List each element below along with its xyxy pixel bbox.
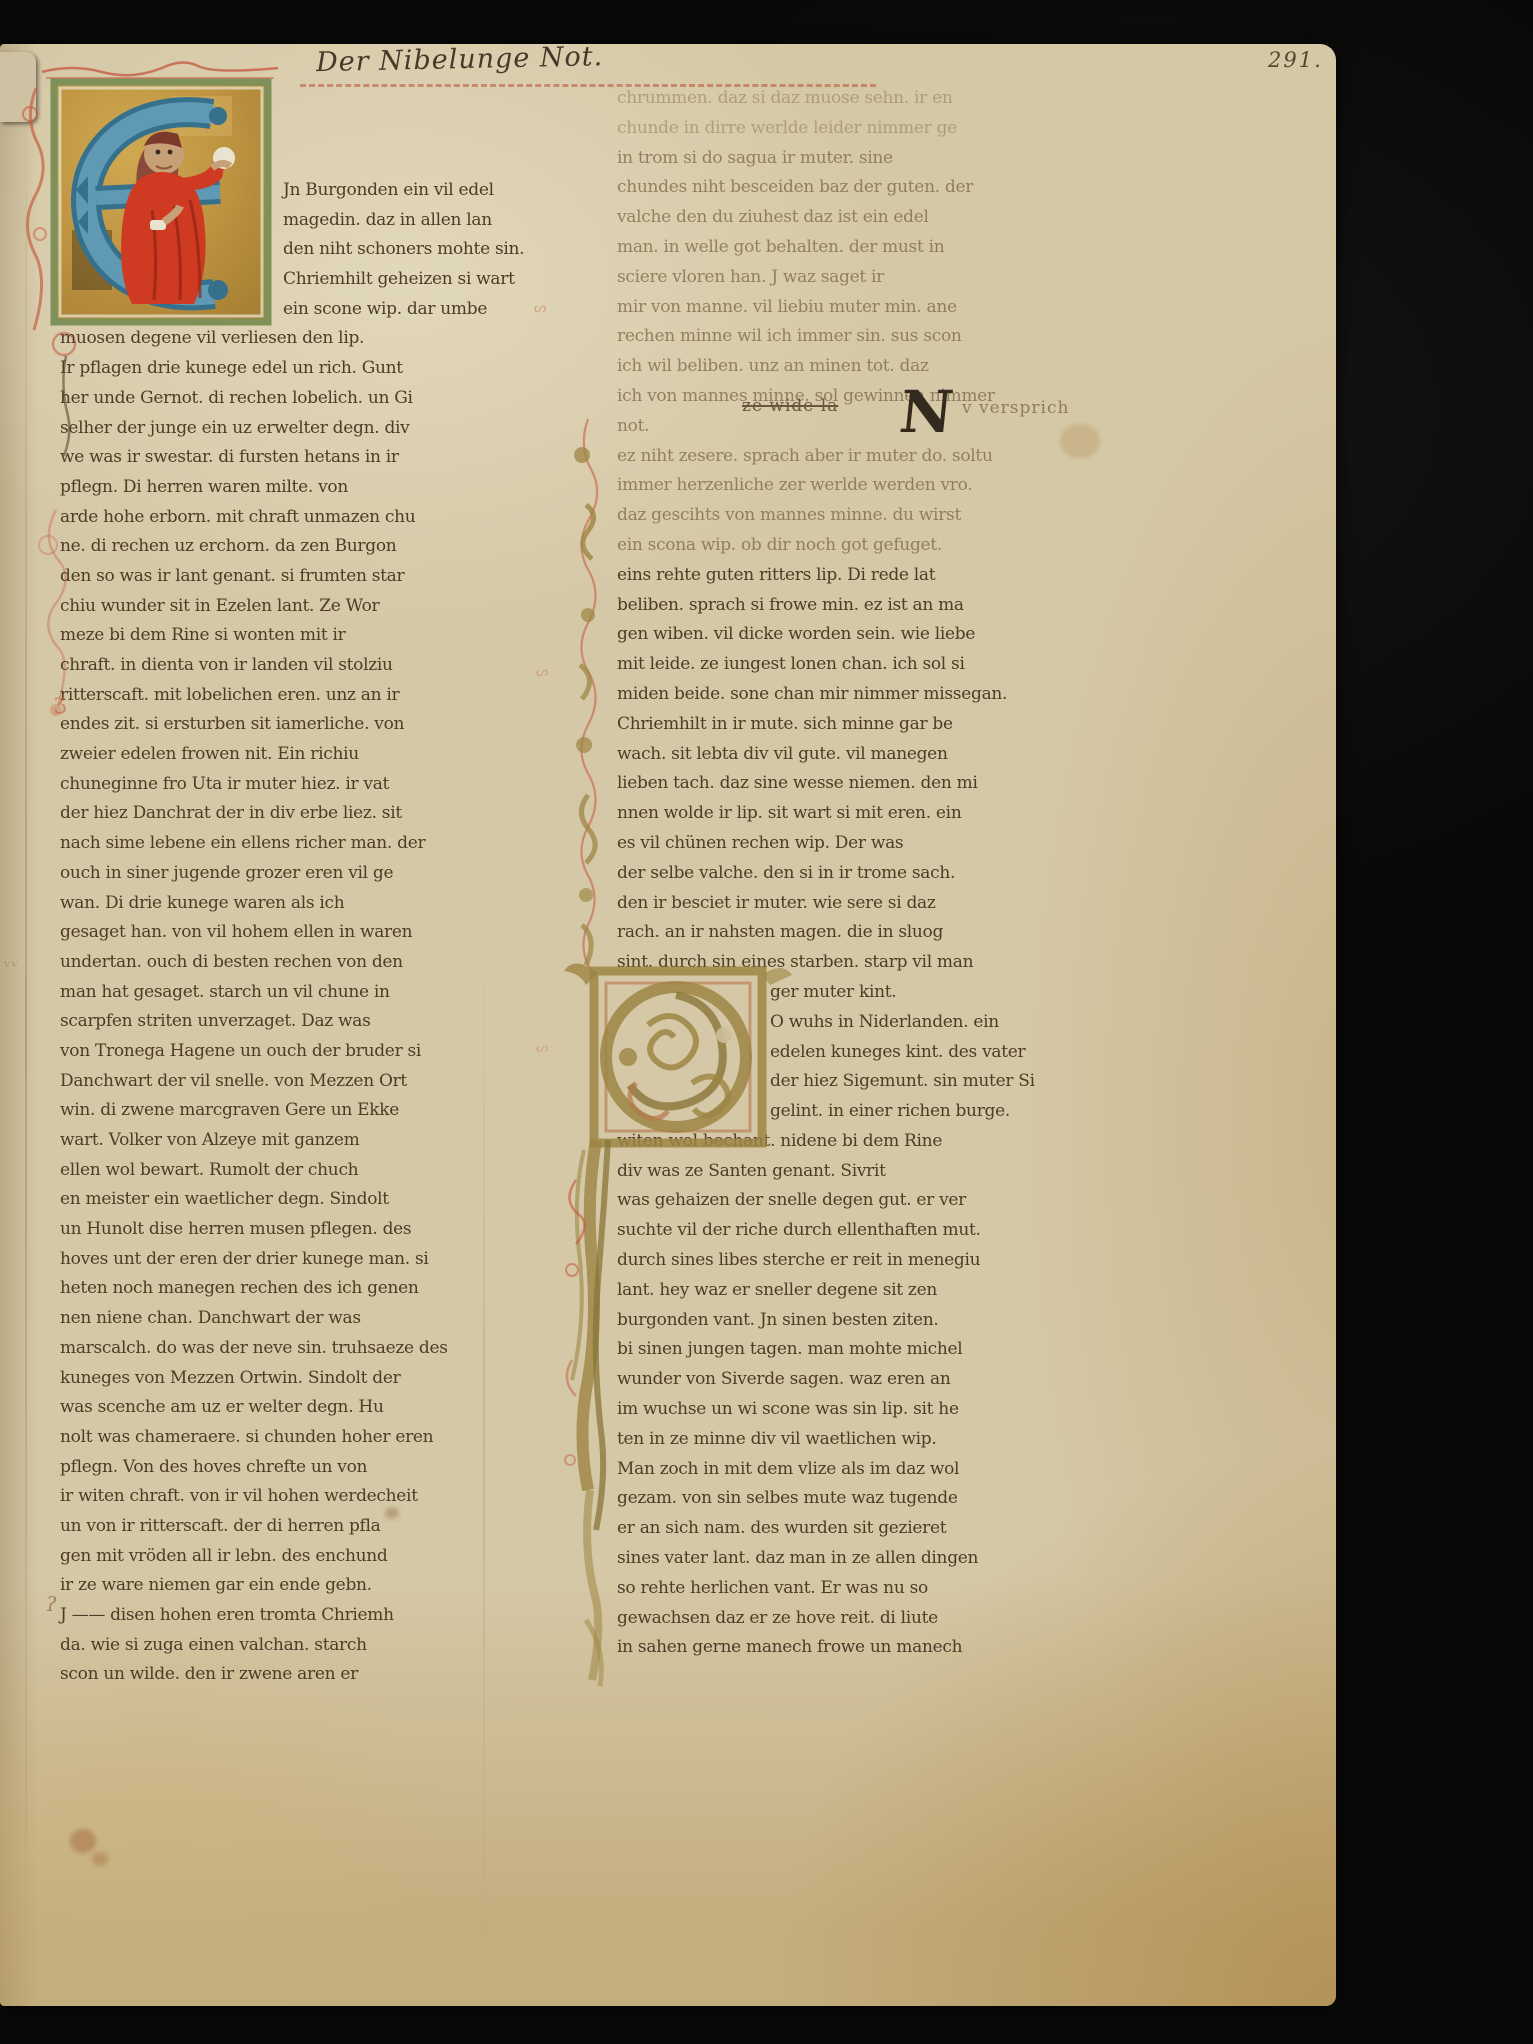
text-line: durch sines libes sterche er reit in men… <box>617 1246 1079 1276</box>
text-line: miden beide. sone chan mir nimmer misseg… <box>617 680 1079 710</box>
text-line: lant. hey waz er sneller degene sit zen <box>617 1276 1079 1306</box>
text-line: Ir pflagen drie kunege edel un rich. Gun… <box>60 354 532 384</box>
text-line: scarpfen striten unverzaget. Daz was <box>60 1007 532 1037</box>
text-line: O wuhs in Niderlanden. ein <box>770 1008 1079 1038</box>
text-after-initial: v versprich <box>962 398 1069 418</box>
text-line: wunder von Siverde sagen. waz eren an <box>617 1365 1079 1395</box>
text-line: div was ze Santen genant. Sivrit <box>617 1157 1079 1187</box>
text-line: daz gescihts von mannes minne. du wirst <box>617 501 1079 531</box>
text-line: gen mit vröden all ir lebn. des enchund <box>60 1542 532 1572</box>
text-line: J —— disen hohen eren tromta Chriemh <box>60 1601 532 1631</box>
text-line: wan. Di drie kunege waren als ich <box>60 889 532 919</box>
text-line: pflegn. Von des hoves chrefte un von <box>60 1453 532 1483</box>
gold-chain-ornament <box>566 415 606 975</box>
folio-number: 291. <box>1268 48 1323 72</box>
text-line: ger muter kint. <box>770 978 1079 1008</box>
margin-flourish: ʒ <box>54 690 66 715</box>
text-line: scon un wilde. den ir zwene aren er <box>60 1660 532 1690</box>
text-line: von Tronega Hagene un ouch der bruder si <box>60 1037 532 1067</box>
text-line: burgonden vant. Jn sinen besten ziten. <box>617 1306 1079 1336</box>
text-line: suchte vil der riche durch ellenthaften … <box>617 1216 1079 1246</box>
text-line: en meister ein waetlicher degn. Sindolt <box>60 1185 532 1215</box>
text-line: undertan. ouch di besten rechen von den <box>60 948 532 978</box>
text-line: pflegn. Di herren waren milte. von <box>60 473 532 503</box>
text-line: chraft. in dienta von ir landen vil stol… <box>60 651 532 681</box>
text-line: den so was ir lant genant. si frumten st… <box>60 562 532 592</box>
text-line: zweier edelen frowen nit. Ein richiu <box>60 740 532 770</box>
text-line: immer herzenliche zer werlde werden vro. <box>617 471 1079 501</box>
text-line: ein scone wip. dar umbe <box>283 295 532 325</box>
text-line: da. wie si zuga einen valchan. starch <box>60 1631 532 1661</box>
text-line: marscalch. do was der neve sin. truhsaez… <box>60 1334 532 1364</box>
text-line: chundes niht besceiden baz der guten. de… <box>617 173 1079 203</box>
text-line: sines vater lant. daz man in ze allen di… <box>617 1544 1079 1574</box>
text-line: chuneginne fro Uta ir muter hiez. ir vat <box>60 770 532 800</box>
text-line: gelint. in einer richen burge. <box>770 1097 1079 1127</box>
text-line: im wuchse un wi scone was sin lip. sit h… <box>617 1395 1079 1425</box>
margin-mark: ʔ <box>46 1592 57 1616</box>
text-line: ritterscaft. mit lobelichen eren. unz an… <box>60 681 532 711</box>
text-line: was gehaizen der snelle degen gut. er ve… <box>617 1186 1079 1216</box>
text-line: der hiez Danchrat der in div erbe liez. … <box>60 799 532 829</box>
text-line: den niht schoners mohte sin. <box>283 235 532 265</box>
text-line: gesaget han. von vil hohem ellen in ware… <box>60 918 532 948</box>
text-line: endes zit. si ersturben sit iamerliche. … <box>60 710 532 740</box>
text-line: nach sime lebene ein ellens richer man. … <box>60 829 532 859</box>
text-line: chunde in dirre werlde leider nimmer ge <box>617 114 1079 144</box>
text-line: Man zoch in mit dem vlize als im daz wol <box>617 1455 1079 1485</box>
text-line: ein scona wip. ob dir noch got gefuget. <box>617 531 1079 561</box>
text-line: mit leide. ze iungest lonen chan. ich so… <box>617 650 1079 680</box>
text-line: es vil chünen rechen wip. Der was <box>617 829 1079 859</box>
manuscript-photo: { "manuscript": { "running_title": "Der … <box>0 0 1533 2044</box>
text-line: un Hunolt dise herren musen pflegen. des <box>60 1215 532 1245</box>
text-line: wach. sit lebta div vil gute. vil manege… <box>617 740 1079 770</box>
text-line: sciere vloren han. J waz saget ir <box>617 263 1079 293</box>
text-line: in sahen gerne manech frowe un manech <box>617 1633 1079 1663</box>
rust-stain <box>92 1852 108 1866</box>
text-line: edelen kuneges kint. des vater <box>770 1038 1079 1068</box>
text-line: beliben. sprach si frowe min. ez ist an … <box>617 591 1079 621</box>
text-line: chiu wunder sit in Ezelen lant. Ze Wor <box>60 592 532 622</box>
text-line: rechen minne wil ich immer sin. sus scon <box>617 322 1079 352</box>
red-penwork-left <box>18 84 54 334</box>
text-line: rach. an ir nahsten magen. die in sluog <box>617 918 1079 948</box>
text-line: lieben tach. daz sine wesse niemen. den … <box>617 769 1079 799</box>
text-line: Chriemhilt geheizen si wart <box>283 265 532 295</box>
text-line: in trom si do sagua ir muter. sine <box>617 144 1079 174</box>
initial-plume-tail <box>556 1140 626 1690</box>
rust-stain <box>70 1829 96 1853</box>
line-filler: ᔕ <box>534 300 546 316</box>
text-line: eins rehte guten ritters lip. Di rede la… <box>617 561 1079 591</box>
text-line: nolt was chameraere. si chunden hoher er… <box>60 1423 532 1453</box>
text-line: magedin. daz in allen lan <box>283 206 532 236</box>
text-line: der selbe valche. den si in ir trome sac… <box>617 859 1079 889</box>
text-line: valche den du ziuhest daz ist ein edel <box>617 203 1079 233</box>
aventiure-initial-D <box>588 965 768 1150</box>
struck-out-text: ze wide la <box>742 396 838 416</box>
left-text-column: Jn Burgonden ein vil edelmagedin. daz in… <box>60 176 532 1690</box>
line-filler: ᔕ <box>536 664 548 680</box>
text-line: gen wiben. vil dicke worden sein. wie li… <box>617 620 1079 650</box>
text-line: Danchwart der vil snelle. von Mezzen Ort <box>60 1067 532 1097</box>
red-penwork-top <box>40 52 280 82</box>
margin-mark: ᵥᵥ <box>4 948 19 972</box>
text-line: wart. Volker von Alzeye mit ganzem <box>60 1126 532 1156</box>
text-line: er an sich nam. des wurden sit gezieret <box>617 1514 1079 1544</box>
text-line: so rehte herlichen vant. Er was nu so <box>617 1574 1079 1604</box>
text-line: ouch in siner jugende grozer eren vil ge <box>60 859 532 889</box>
text-line: gezam. von sin selbes mute waz tugende <box>617 1484 1079 1514</box>
text-line: ez niht zesere. sprach aber ir muter do.… <box>617 442 1079 472</box>
text-line: ich wil beliben. unz an minen tot. daz <box>617 352 1079 382</box>
text-line: Chriemhilt in ir mute. sich minne gar be <box>617 710 1079 740</box>
lombard-initial-N: N <box>896 378 956 446</box>
text-line: was scenche am uz er welter degn. Hu <box>60 1393 532 1423</box>
text-line: man. in welle got behalten. der must in <box>617 233 1079 263</box>
text-line: arde hohe erborn. mit chraft unmazen chu <box>60 503 532 533</box>
text-line: hoves unt der eren der drier kunege man.… <box>60 1245 532 1275</box>
text-line: heten noch manegen rechen des ich genen <box>60 1274 532 1304</box>
text-line: we was ir swestar. di fursten hetans in … <box>60 443 532 473</box>
text-line: her unde Gernot. di rechen lobelich. un … <box>60 384 532 414</box>
text-line: mir von manne. vil liebiu muter min. ane <box>617 293 1079 323</box>
text-line: un von ir ritterscaft. der di herren pfl… <box>60 1512 532 1542</box>
text-line: nnen wolde ir lip. sit wart si mit eren.… <box>617 799 1079 829</box>
text-line: gewachsen daz er ze hove reit. di liute <box>617 1604 1079 1634</box>
line-filler: ᔕ <box>536 1040 548 1056</box>
text-line: muosen degene vil verliesen den lip. <box>60 324 532 354</box>
text-line: win. di zwene marcgraven Gere un Ekke <box>60 1096 532 1126</box>
text-line: kuneges von Mezzen Ortwin. Sindolt der <box>60 1364 532 1394</box>
text-line: ten in ze minne div vil waetlichen wip. <box>617 1425 1079 1455</box>
text-line: selher der junge ein uz erwelter degn. d… <box>60 414 532 444</box>
text-line: Jn Burgonden ein vil edel <box>283 176 532 206</box>
text-line: ellen wol bewart. Rumolt der chuch <box>60 1156 532 1186</box>
running-title: Der Nibelunge Not. <box>316 41 617 78</box>
text-line: ir ze ware niemen gar ein ende gebn. <box>60 1571 532 1601</box>
text-line: ne. di rechen uz erchorn. da zen Burgon <box>60 532 532 562</box>
text-line: man hat gesaget. starch un vil chune in <box>60 978 532 1008</box>
text-line: der hiez Sigemunt. sin muter Si <box>770 1067 1079 1097</box>
right-text-column: chrummen. daz si daz muose sehn. ir ench… <box>617 84 1079 1663</box>
text-line: meze bi dem Rine si wonten mit ir <box>60 621 532 651</box>
text-line: bi sinen jungen tagen. man mohte michel <box>617 1335 1079 1365</box>
text-line: nen niene chan. Danchwart der was <box>60 1304 532 1334</box>
text-line: ir witen chraft. von ir vil hohen werdec… <box>60 1482 532 1512</box>
text-line: den ir besciet ir muter. wie sere si daz <box>617 889 1079 919</box>
text-line: chrummen. daz si daz muose sehn. ir en <box>617 84 1079 114</box>
